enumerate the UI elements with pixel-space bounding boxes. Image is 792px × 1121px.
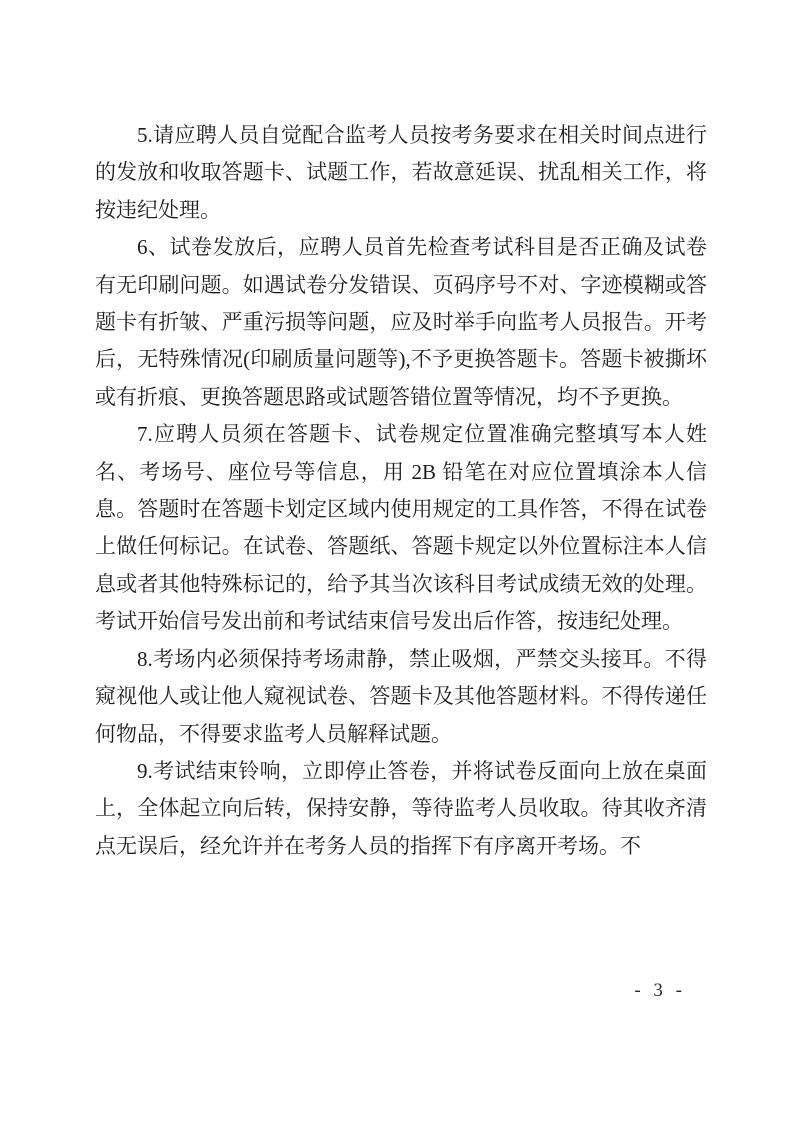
paragraph-8: 8.考场内必须保持考场肃静，禁止吸烟，严禁交头接耳。不得窥视他人或让他人窥视试卷… — [95, 641, 707, 753]
paragraph-6: 6、试卷发放后，应聘人员首先检查考试科目是否正确及试卷有无印刷问题。如遇试卷分发… — [95, 229, 707, 416]
paragraph-5: 5.请应聘人员自觉配合监考人员按考务要求在相关时间点进行的发放和收取答题卡、试题… — [95, 117, 707, 229]
page-number: - 3 - — [634, 980, 686, 1002]
paragraph-9: 9.考试结束铃响，立即停止答卷，并将试卷反面向上放在桌面上，全体起立向后转，保持… — [95, 753, 707, 865]
document-page: 5.请应聘人员自觉配合监考人员按考务要求在相关时间点进行的发放和收取答题卡、试题… — [0, 0, 792, 1121]
paragraph-7: 7.应聘人员须在答题卡、试卷规定位置准确完整填写本人姓名、考场号、座位号等信息，… — [95, 416, 707, 640]
document-body: 5.请应聘人员自觉配合监考人员按考务要求在相关时间点进行的发放和收取答题卡、试题… — [95, 117, 707, 865]
